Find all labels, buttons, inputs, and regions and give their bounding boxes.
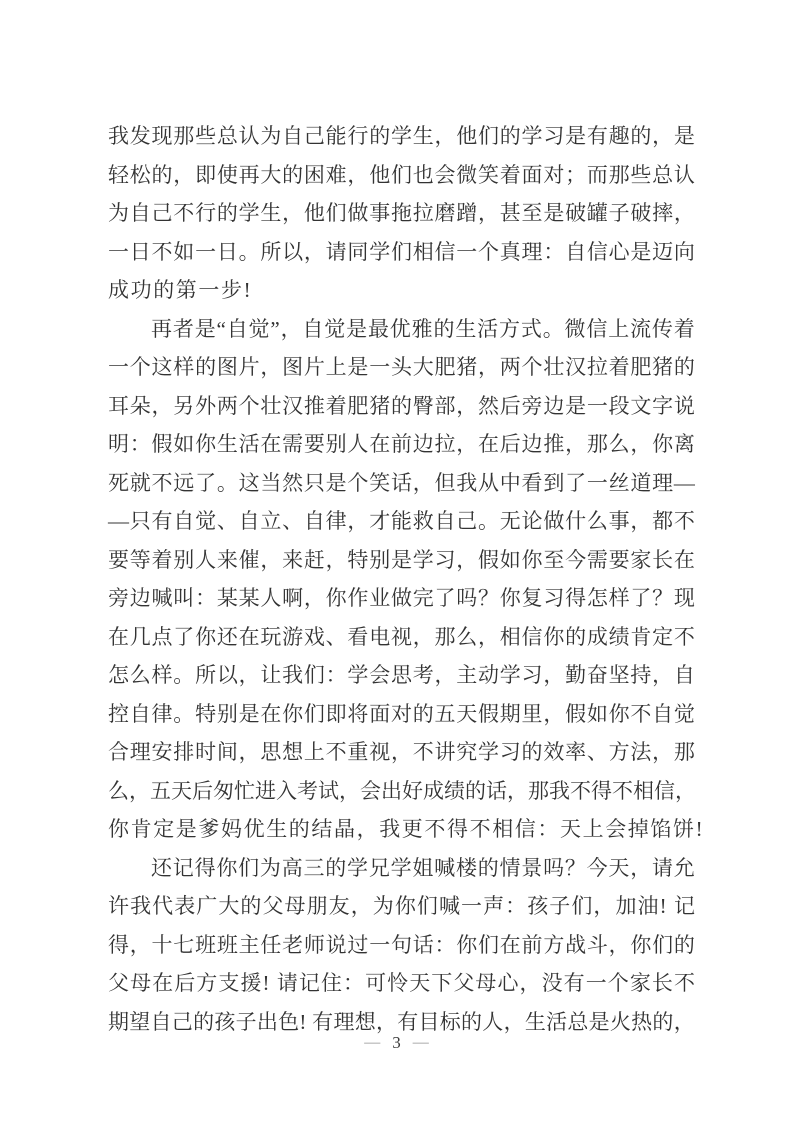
text-line: 怎么样。所以，让我们：学会思考，主动学习，勤奋坚持，自 [108,656,695,695]
text-line: 得，十七班班主任老师说过一句话：你们在前方战斗，你们的 [108,926,695,965]
text-line: 为自己不行的学生，他们做事拖拉磨蹭，甚至是破罐子破摔， [108,194,695,233]
text-line: 明：假如你生活在需要别人在前边拉，在后边推，那么，你离 [108,425,695,464]
text-line: 成功的第一步! [108,271,695,310]
text-line: 死就不远了。这当然只是个笑话，但我从中看到了一丝道理— [108,464,695,503]
text-line: 合理安排时间，思想上不重视，不讲究学习的效率、方法，那 [108,733,695,772]
text-line: 还记得你们为高三的学兄学姐喊楼的情景吗？今天，请允 [108,849,695,888]
text-line: 父母在后方支援! 请记住：可怜天下父母心，没有一个家长不 [108,964,695,1003]
document-page: 我发现那些总认为自己能行的学生，他们的学习是有趣的，是轻松的，即使再大的困难，他… [0,0,793,1122]
text-line: 旁边喊叫：某某人啊，你作业做完了吗？你复习得怎样了？现 [108,579,695,618]
text-line: 轻松的，即使再大的困难，他们也会微笑着面对；而那些总认 [108,156,695,195]
text-line: —只有自觉、自立、自律，才能救自己。无论做什么事，都不 [108,502,695,541]
footer-dash-left: — [364,1032,380,1054]
text-line: 你肯定是爹妈优生的结晶，我更不得不相信：天上会掉馅饼! [108,810,695,849]
text-line: 在几点了你还在玩游戏、看电视，那么，相信你的成绩肯定不 [108,618,695,657]
page-number: 3 [392,1032,401,1054]
footer-dash-right: — [413,1032,429,1054]
document-body: 我发现那些总认为自己能行的学生，他们的学习是有趣的，是轻松的，即使再大的困难，他… [108,117,695,1041]
text-line: 么，五天后匆忙进入考试，会出好成绩的话，那我不得不相信， [108,772,695,811]
text-line: 控自律。特别是在你们即将面对的五天假期里，假如你不自觉 [108,695,695,734]
text-line: 一日不如一日。所以，请同学们相信一个真理：自信心是迈向 [108,233,695,272]
page-footer: — 3 — [0,1032,793,1054]
text-line: 要等着别人来催，来赶，特别是学习，假如你至今需要家长在 [108,541,695,580]
text-line: 我发现那些总认为自己能行的学生，他们的学习是有趣的，是 [108,117,695,156]
text-line: 许我代表广大的父母朋友，为你们喊一声：孩子们，加油! 记 [108,887,695,926]
text-line: 耳朵，另外两个壮汉推着肥猪的臀部，然后旁边是一段文字说 [108,387,695,426]
text-line: 再者是“自觉”，自觉是最优雅的生活方式。微信上流传着 [108,310,695,349]
text-line: 一个这样的图片，图片上是一头大肥猪，两个壮汉拉着肥猪的 [108,348,695,387]
